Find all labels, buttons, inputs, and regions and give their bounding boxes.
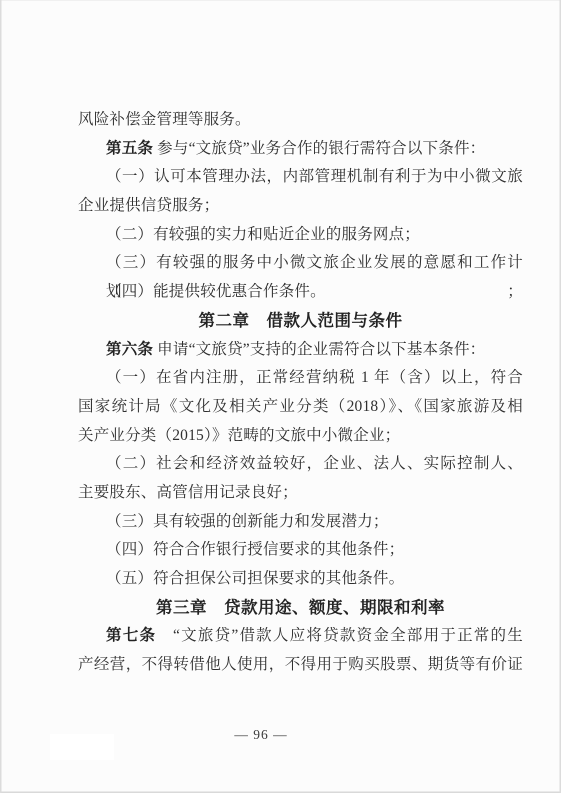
text-line: 第七条 “文旅贷”借款人应将贷款资金全部用于正常的生 [78,622,523,651]
text-line: 国家统计局《文化及相关产业分类（2018）》、《国家旅游及相 [78,393,523,422]
text-line: （三）具有较强的创新能力和发展潜力； [78,508,523,537]
text-line: 关产业分类（2015）》范畴的文旅中小微企业； [78,422,523,451]
text-line: （二）社会和经济效益较好，企业、法人、实际控制人、 [78,450,523,479]
text-line: 主要股东、高管信用记录良好； [78,479,523,508]
text-line: 第六条 申请“文旅贷”支持的企业需符合以下基本条件： [78,336,523,365]
document-page: 风险补偿金管理等服务。第五条 参与“文旅贷”业务合作的银行需符合以下条件：（一）… [0,0,561,793]
document-body: 风险补偿金管理等服务。第五条 参与“文旅贷”业务合作的银行需符合以下条件：（一）… [78,106,523,680]
page-number: — 96 — [234,727,287,742]
text-line: （二）有较强的实力和贴近企业的服务网点； [78,221,523,250]
chapter-heading: 第三章 贷款用途、额度、期限和利率 [78,594,523,623]
text-line: （五）符合担保公司担保要求的其他条件。 [78,565,523,594]
chapter-heading: 第二章 借款人范围与条件 [78,307,523,336]
text-line: 第五条 参与“文旅贷”业务合作的银行需符合以下条件： [78,135,523,164]
text-line: 企业提供信贷服务； [78,192,523,221]
text-line: 产经营，不得转借他人使用，不得用于购买股票、期货等有价证 [78,651,523,680]
text-line: 风险补偿金管理等服务。 [78,106,523,135]
text-line: （四）符合合作银行授信要求的其他条件； [78,536,523,565]
text-line: （一）认可本管理办法，内部管理机制有利于为中小微文旅 [78,163,523,192]
text-line: （一）在省内注册，正常经营纳税 1 年（含）以上，符合 [78,364,523,393]
text-line: （三）有较强的服务中小微文旅企业发展的意愿和工作计划； [78,249,523,278]
page-footer: — 96 — [0,727,522,743]
